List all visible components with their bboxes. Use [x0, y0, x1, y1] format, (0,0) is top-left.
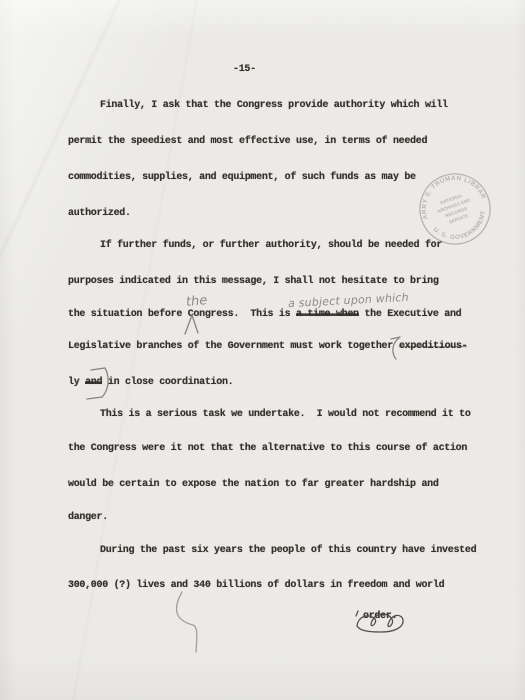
typed-line-p2l5: ly and in close coordination. — [68, 377, 233, 388]
struck-text-and: and — [85, 377, 102, 388]
typed-line-p1l1: Finally, I ask that the Congress provide… — [100, 100, 448, 111]
typed-line-p1l3: commodities, supplies, and equipment, of… — [68, 172, 416, 183]
typed-line-p3l2: the Congress were it not that the altern… — [68, 443, 467, 454]
typed-segment: the Executive and — [359, 309, 462, 320]
struck-text-a-time-when: a time when — [296, 309, 359, 320]
typed-line-p2l1: If further funds, or further authority, … — [100, 240, 442, 251]
typed-line-p4l1: During the past six years the people of … — [100, 545, 476, 556]
struck-text-expeditious: expeditious- — [399, 341, 467, 352]
tick-mark — [356, 611, 358, 616]
typed-segment: ly — [68, 377, 85, 388]
typed-line-p4l3-order: order. — [363, 611, 397, 622]
typed-line-p2l2: purposes indicated in this message, I sh… — [68, 276, 439, 287]
typed-line-p2l4: Legislative branches of the Government m… — [68, 341, 467, 352]
typed-line-p1l4: authorized. — [68, 208, 131, 219]
typed-line-p1l2: permit the speediest and most effective … — [68, 136, 427, 147]
stray-curve-mark — [177, 592, 197, 652]
typed-segment: Legislative branches of the Government m… — [68, 341, 393, 352]
typed-line-p3l1: This is a serious task we undertake. I w… — [100, 409, 471, 420]
handwritten-replacement-phrase: a subject upon which — [288, 291, 409, 310]
typed-segment: in close coordination. — [102, 377, 233, 388]
document-page: -15- Finally, I ask that the Congress pr… — [0, 0, 525, 700]
typed-line-p2l3: the situation before Congress. This is a… — [68, 309, 461, 320]
typed-segment: the situation before Congress. This is — [68, 309, 296, 320]
typed-line-p3l4: danger. — [68, 512, 108, 523]
page-number: -15- — [233, 64, 256, 75]
typed-line-p4l2: 300,000 (?) lives and 340 billions of do… — [68, 580, 444, 591]
handwritten-insertion-the: the — [185, 293, 208, 310]
typed-line-p3l3: would be certain to expose the nation to… — [68, 479, 439, 490]
